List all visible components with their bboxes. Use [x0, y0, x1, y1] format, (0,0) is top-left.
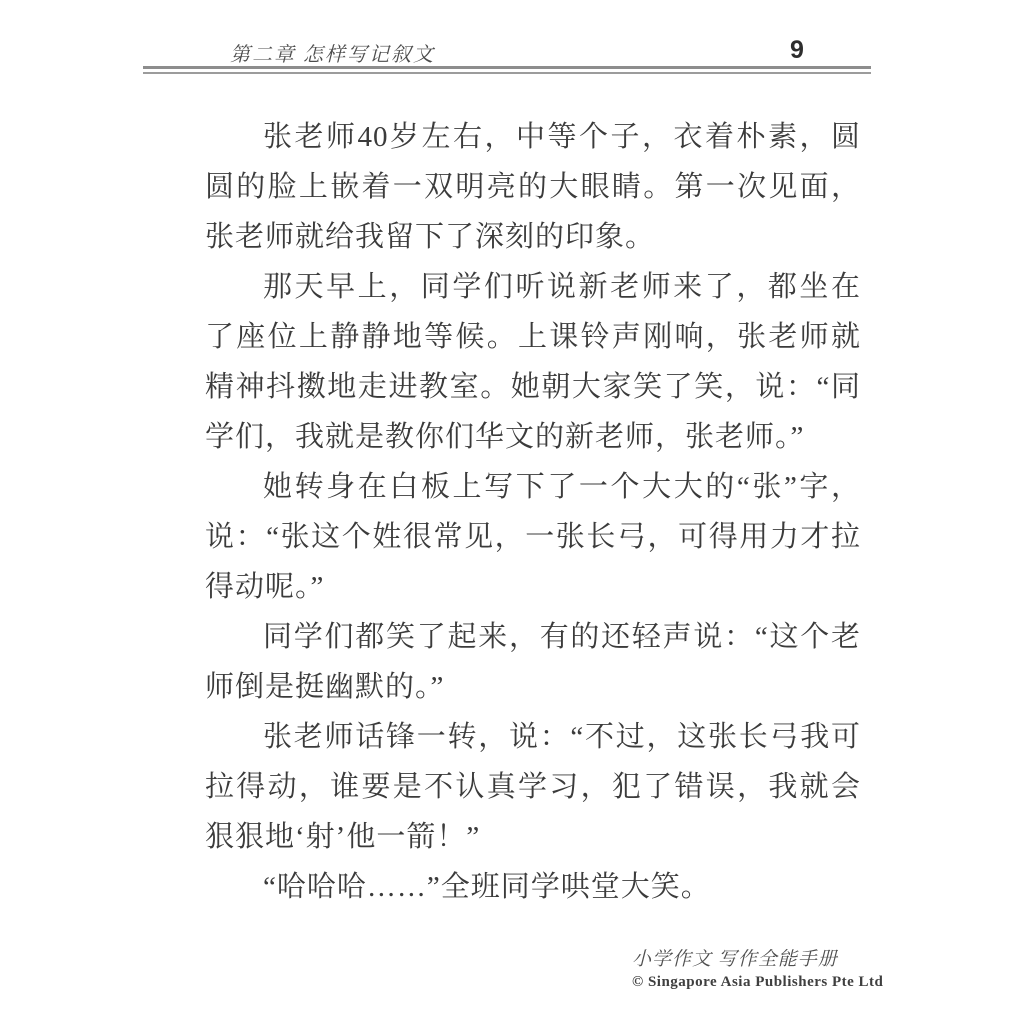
- page-header: 第二章 怎样写记叙文 9: [0, 36, 1024, 66]
- paragraph: 她转身在白板上写下了一个大大的“张”字，说：“张这个姓很常见，一张长弓，可得用力…: [205, 462, 861, 612]
- paragraph: 同学们都笑了起来，有的还轻声说：“这个老师倒是挺幽默的。”: [205, 612, 861, 712]
- chapter-title: 第二章 怎样写记叙文: [230, 38, 435, 67]
- footer-copyright: © Singapore Asia Publishers Pte Ltd: [632, 974, 883, 991]
- body-text: 张老师40岁左右，中等个子，衣着朴素，圆圆的脸上嵌着一双明亮的大眼睛。第一次见面…: [205, 112, 861, 912]
- paragraph: 那天早上，同学们听说新老师来了，都坐在了座位上静静地等候。上课铃声刚响，张老师就…: [205, 262, 861, 462]
- paragraph: 张老师40岁左右，中等个子，衣着朴素，圆圆的脸上嵌着一双明亮的大眼睛。第一次见面…: [205, 112, 861, 262]
- scanned-book-page: 第二章 怎样写记叙文 9 张老师40岁左右，中等个子，衣着朴素，圆圆的脸上嵌着一…: [0, 0, 1024, 1024]
- paragraph: 张老师话锋一转，说：“不过，这张长弓我可拉得动，谁要是不认真学习，犯了错误，我就…: [205, 712, 861, 862]
- paragraph: “哈哈哈……”全班同学哄堂大笑。: [205, 862, 861, 912]
- page-number: 9: [790, 36, 804, 65]
- page-footer: 小学作文 写作全能手册 © Singapore Asia Publishers …: [632, 944, 883, 991]
- header-divider-rule: [143, 66, 871, 74]
- footer-book-title: 小学作文 写作全能手册: [632, 944, 883, 971]
